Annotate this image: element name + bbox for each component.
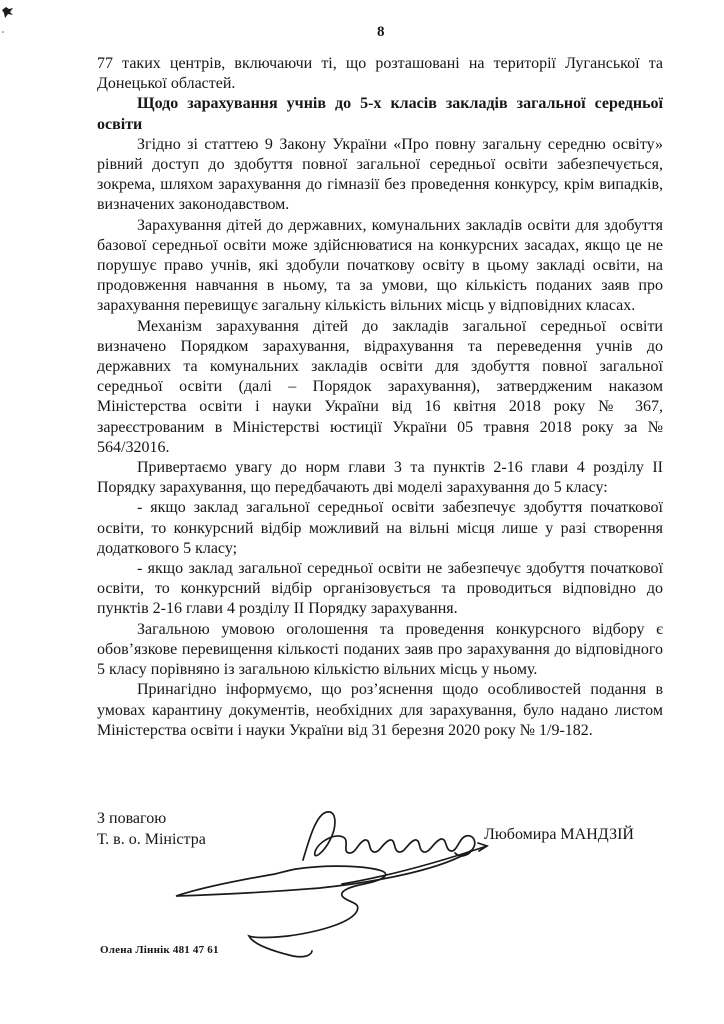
paragraph: Привертаємо увагу до норм глави 3 та пун… [97, 458, 663, 498]
closing-phrase: З повагою [97, 809, 206, 830]
paragraph: Загальною умовою оголошення та проведенн… [97, 620, 663, 681]
paragraph-list-item: - якщо заклад загальної середньої освіти… [97, 498, 663, 559]
section-heading: Щодо зарахування учнів до 5-х класів зак… [97, 94, 663, 134]
signature-block: З повагою Т. в. о. Міністра [97, 809, 206, 850]
page-number: 8 [377, 24, 385, 41]
signer-name: Любомира МАНДЗІЙ [484, 826, 634, 844]
letter-body: 77 таких центрів, включаючи ті, що розта… [97, 54, 663, 741]
signer-title: Т. в. о. Міністра [97, 830, 206, 851]
paragraph: Механізм зарахування дітей до закладів з… [97, 317, 663, 458]
scanned-letter-page: 8 77 таких центрів, включаючи ті, що роз… [0, 0, 724, 1024]
paragraph: 77 таких центрів, включаючи ті, що розта… [97, 54, 663, 94]
executor-contact: Олена Ліннік 481 47 61 [100, 944, 219, 956]
paragraph: Принагідно інформуємо, що роз’яснення що… [97, 680, 663, 741]
scan-artifact-icon [0, 0, 30, 45]
paragraph-list-item: - якщо заклад загальної середньої освіти… [97, 559, 663, 620]
paragraph: Згідно зі статтею 9 Закону України «Про … [97, 135, 663, 216]
paragraph: Зарахування дітей до державних, комуналь… [97, 216, 663, 317]
